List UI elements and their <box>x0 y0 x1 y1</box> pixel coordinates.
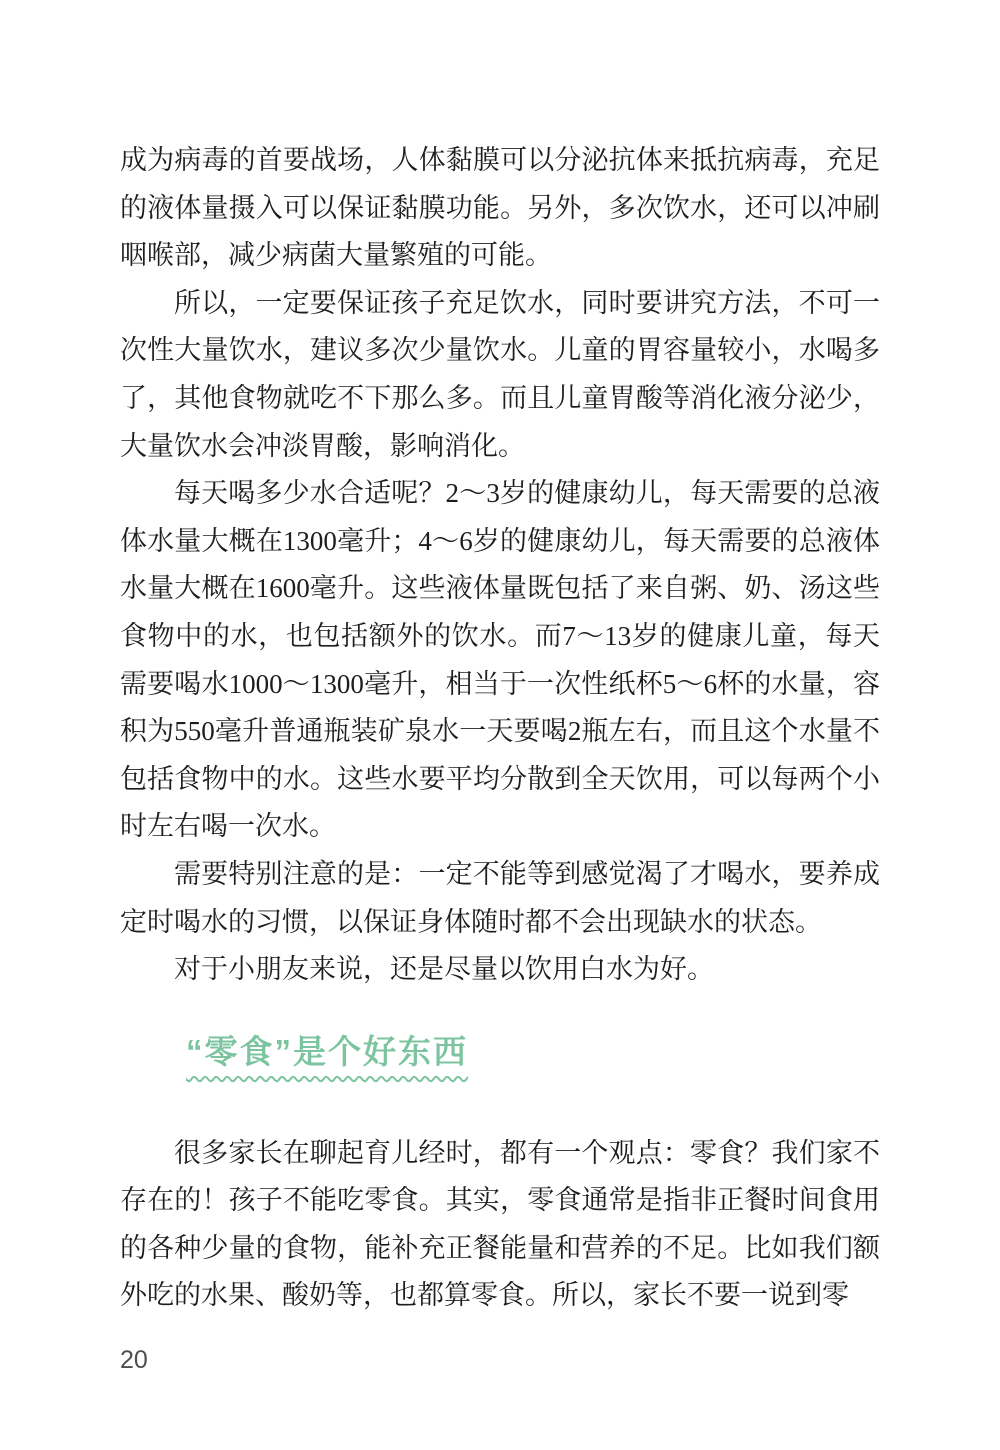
body-paragraph-3: 每天喝多少水合适呢？2～3岁的健康幼儿，每天需要的总液体水量大概在1300毫升；… <box>120 470 880 851</box>
body-paragraph-5: 对于小朋友来说，还是尽量以饮用白水为好。 <box>120 946 880 994</box>
book-page: 成为病毒的首要战场，人体黏膜可以分泌抗体来抵抗病毒，充足的液体量摄入可以保证黏膜… <box>0 0 1000 1450</box>
body-paragraph-1: 成为病毒的首要战场，人体黏膜可以分泌抗体来抵抗病毒，充足的液体量摄入可以保证黏膜… <box>120 137 880 280</box>
page-content: 成为病毒的首要战场，人体黏膜可以分泌抗体来抵抗病毒，充足的液体量摄入可以保证黏膜… <box>120 137 880 1320</box>
section-heading: “零食”是个好东西 <box>120 1028 880 1076</box>
section-paragraph-1: 很多家长在聊起育儿经时，都有一个观点：零食？我们家不存在的！孩子不能吃零食。其实… <box>120 1130 880 1320</box>
body-paragraph-2: 所以，一定要保证孩子充足饮水，同时要讲究方法，不可一次性大量饮水，建议多次少量饮… <box>120 280 880 470</box>
section-heading-text: “零食”是个好东西 <box>186 1033 468 1070</box>
body-paragraph-4: 需要特别注意的是：一定不能等到感觉渴了才喝水，要养成定时喝水的习惯，以保证身体随… <box>120 851 880 946</box>
page-number: 20 <box>120 1346 148 1375</box>
